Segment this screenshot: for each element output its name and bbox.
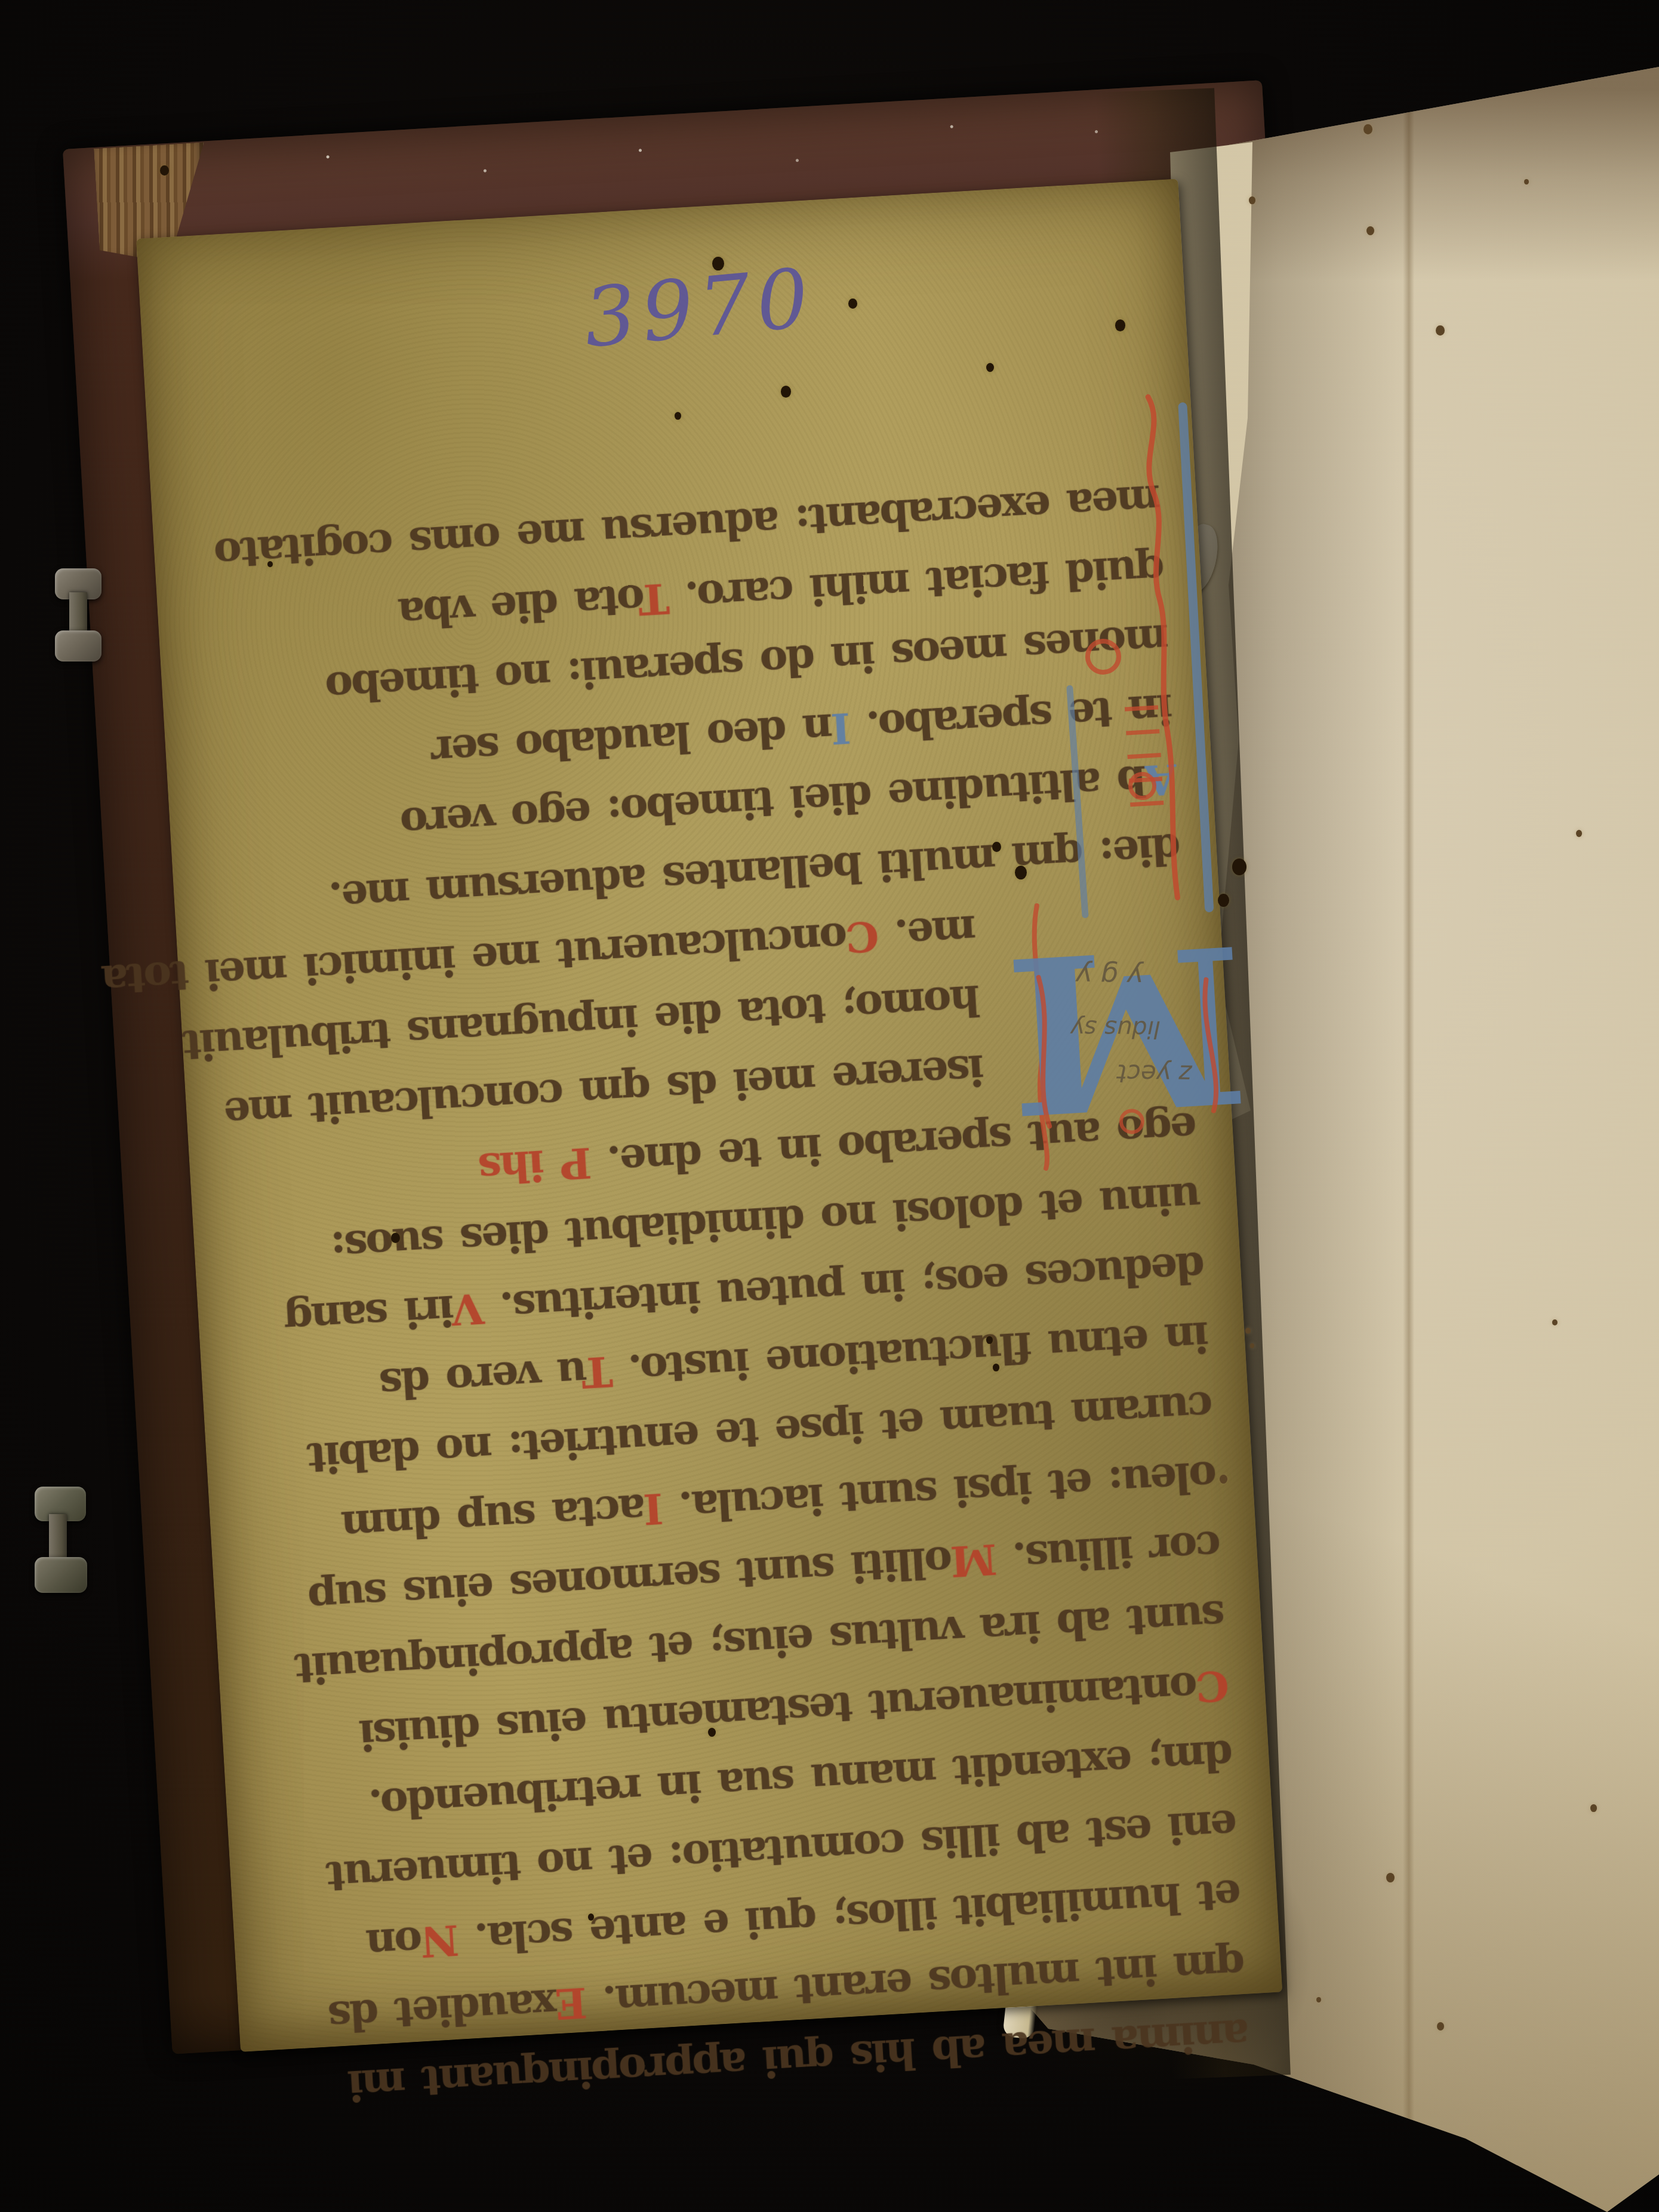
clasp-upper xyxy=(55,568,103,663)
wormhole xyxy=(1220,1475,1227,1484)
red-initial: T xyxy=(586,1346,614,1397)
red-initial: V xyxy=(453,1284,486,1335)
text-segment: xaudiet ds xyxy=(328,1979,558,2042)
cursive-annotation: z yect xyxy=(1117,1059,1192,1089)
blue-initial: I xyxy=(832,703,852,754)
wormhole xyxy=(1366,226,1374,235)
wormhole xyxy=(1015,866,1027,879)
wormhole xyxy=(1437,2022,1444,2031)
wormhole xyxy=(1115,319,1125,331)
wormhole xyxy=(1576,830,1582,837)
wormhole xyxy=(1249,196,1255,204)
text-segment: me. xyxy=(878,906,978,961)
red-initial: C xyxy=(1196,1661,1230,1712)
red-initial: I xyxy=(644,1484,664,1534)
red-initial: C xyxy=(846,911,880,962)
wormhole xyxy=(986,1336,993,1344)
cursive-annotation: y g y xyxy=(1075,960,1143,993)
wormhole xyxy=(675,412,681,420)
red-initial: P ihs xyxy=(478,1138,592,1194)
red-initial: M xyxy=(951,1534,998,1586)
wormhole xyxy=(993,1364,999,1371)
wormhole xyxy=(781,386,791,398)
text-segment: cor illius. xyxy=(995,1521,1222,1584)
text-segment: u vero ds xyxy=(380,1348,589,1410)
wormhole xyxy=(712,257,724,270)
shelfmark-inscription: 3970 xyxy=(580,251,818,366)
text-segment: on xyxy=(367,1917,424,1970)
clasp-lower xyxy=(35,1487,85,1595)
wormhole xyxy=(1232,859,1246,875)
wormhole xyxy=(1250,1343,1254,1348)
wormhole xyxy=(1590,1804,1597,1812)
text-segment: n deo laudabo ser xyxy=(432,704,834,776)
cursive-annotation: lidus sy xyxy=(1070,1014,1161,1043)
wormhole xyxy=(986,363,994,372)
red-initial: T xyxy=(644,574,671,624)
initial-M-penwork-svg: M xyxy=(965,370,1258,1177)
wormhole xyxy=(1386,1873,1395,1882)
photograph-scene: 3970 anima mea ab his qui appropinquant … xyxy=(0,0,1659,2212)
text-segment: acta sup dnm xyxy=(341,1484,647,1551)
text-segment: iri sang xyxy=(284,1285,455,1345)
wormhole xyxy=(1218,894,1229,907)
decorated-initial-M: M xyxy=(965,370,1258,1177)
clasp-knob xyxy=(35,1557,87,1593)
text-segment: ota die vba xyxy=(398,575,646,639)
wormhole xyxy=(708,1728,716,1737)
clasp-knob xyxy=(55,630,101,662)
left-manuscript-page: 3970 anima mea ab his qui appropinquant … xyxy=(136,179,1282,2052)
wormhole xyxy=(588,1913,594,1921)
red-initial: E xyxy=(555,1978,588,2029)
red-initial: N xyxy=(421,1915,460,1967)
